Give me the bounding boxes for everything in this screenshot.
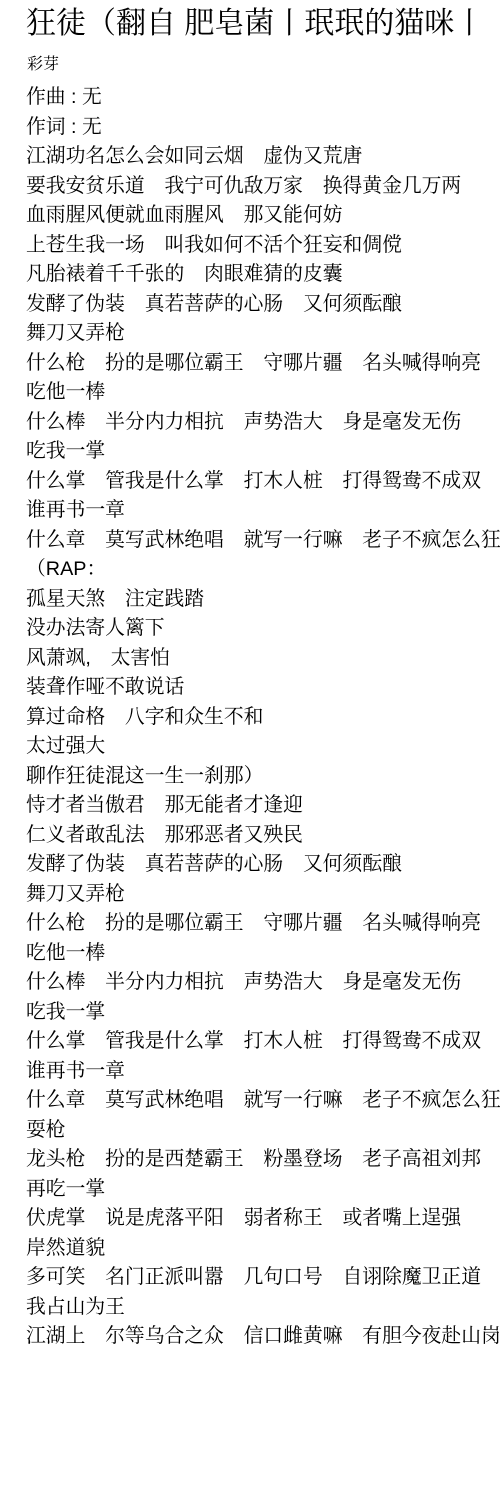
lyric-line: 作词 : 无 <box>26 113 500 143</box>
lyric-line: 多可笑 名门正派叫嚣 几句口号 自诩除魔卫正道 <box>26 1263 500 1293</box>
lyric-line: 什么章 莫写武林绝唱 就写一行嘛 老子不疯怎么狂 <box>26 526 500 556</box>
lyric-line: 吃他一棒 <box>26 939 500 969</box>
lyric-line: 什么棒 半分内力相抗 声势浩大 身是毫发无伤 <box>26 968 500 998</box>
lyric-line: 风萧飒, 太害怕 <box>26 644 500 674</box>
lyric-line: 谁再书一章 <box>26 496 500 526</box>
artist-name: 彩芽 <box>0 55 500 75</box>
lyric-line: 上苍生我一场 叫我如何不活个狂妄和倜傥 <box>26 231 500 261</box>
lyric-line: 算过命格 八字和众生不和 <box>26 703 500 733</box>
lyric-line: 舞刀又弄枪 <box>26 880 500 910</box>
lyric-line: 岸然道貌 <box>26 1234 500 1264</box>
lyric-line: 伏虎掌 说是虎落平阳 弱者称王 或者嘴上逞强 <box>26 1204 500 1234</box>
lyric-line: 什么掌 管我是什么掌 打木人桩 打得鸳鸯不成双 <box>26 467 500 497</box>
lyric-line: 再吃一掌 <box>26 1175 500 1205</box>
lyric-line: 作曲 : 无 <box>26 83 500 113</box>
lyrics-page: 狂徒（翻自 肥皂菌丨珉珉的猫咪丨 彩芽 作曲 : 无作词 : 无江湖功名怎么会如… <box>0 0 500 1510</box>
lyric-line: 血雨腥风便就血雨腥风 那又能何妨 <box>26 201 500 231</box>
lyric-line: 龙头枪 扮的是西楚霸王 粉墨登场 老子高祖刘邦 <box>26 1145 500 1175</box>
lyric-line: 什么枪 扮的是哪位霸王 守哪片疆 名头喊得响亮 <box>26 349 500 379</box>
lyric-line: 江湖功名怎么会如同云烟 虚伪又荒唐 <box>26 142 500 172</box>
lyric-line: 发酵了伪装 真若菩萨的心肠 又何须酝酿 <box>26 290 500 320</box>
lyric-line: （RAP： <box>26 555 500 585</box>
lyric-line: 我占山为王 <box>26 1293 500 1323</box>
lyric-line: 什么枪 扮的是哪位霸王 守哪片疆 名头喊得响亮 <box>26 909 500 939</box>
lyric-line: 舞刀又弄枪 <box>26 319 500 349</box>
lyric-line: 要我安贫乐道 我宁可仇敌万家 换得黄金几万两 <box>26 172 500 202</box>
lyric-line: 发酵了伪装 真若菩萨的心肠 又何须酝酿 <box>26 850 500 880</box>
lyric-line: 谁再书一章 <box>26 1057 500 1087</box>
lyric-line: 没办法寄人篱下 <box>26 614 500 644</box>
lyric-line: 吃我一掌 <box>26 998 500 1028</box>
lyric-line: 装聋作哑不敢说话 <box>26 673 500 703</box>
lyric-line: 耍枪 <box>26 1116 500 1146</box>
lyric-line: 吃我一掌 <box>26 437 500 467</box>
song-title: 狂徒（翻自 肥皂菌丨珉珉的猫咪丨 <box>0 0 500 42</box>
lyric-line: 江湖上 尔等乌合之众 信口雌黄嘛 有胆今夜赴山岗 <box>26 1322 500 1352</box>
lyric-line: 什么棒 半分内力相抗 声势浩大 身是毫发无伤 <box>26 408 500 438</box>
lyric-line: 什么掌 管我是什么掌 打木人桩 打得鸳鸯不成双 <box>26 1027 500 1057</box>
lyric-line: 聊作狂徒混这一生一刹那） <box>26 762 500 792</box>
lyric-line: 孤星天煞 注定践踏 <box>26 585 500 615</box>
lyric-line: 太过强大 <box>26 732 500 762</box>
lyric-line: 吃他一棒 <box>26 378 500 408</box>
lyrics-block: 作曲 : 无作词 : 无江湖功名怎么会如同云烟 虚伪又荒唐要我安贫乐道 我宁可仇… <box>0 83 500 1352</box>
lyric-line: 什么章 莫写武林绝唱 就写一行嘛 老子不疯怎么狂 <box>26 1086 500 1116</box>
lyric-line: 凡胎裱着千千张的 肉眼难猜的皮囊 <box>26 260 500 290</box>
lyric-line: 仁义者敢乱法 那邪恶者又殃民 <box>26 821 500 851</box>
lyric-line: 恃才者当傲君 那无能者才逢迎 <box>26 791 500 821</box>
